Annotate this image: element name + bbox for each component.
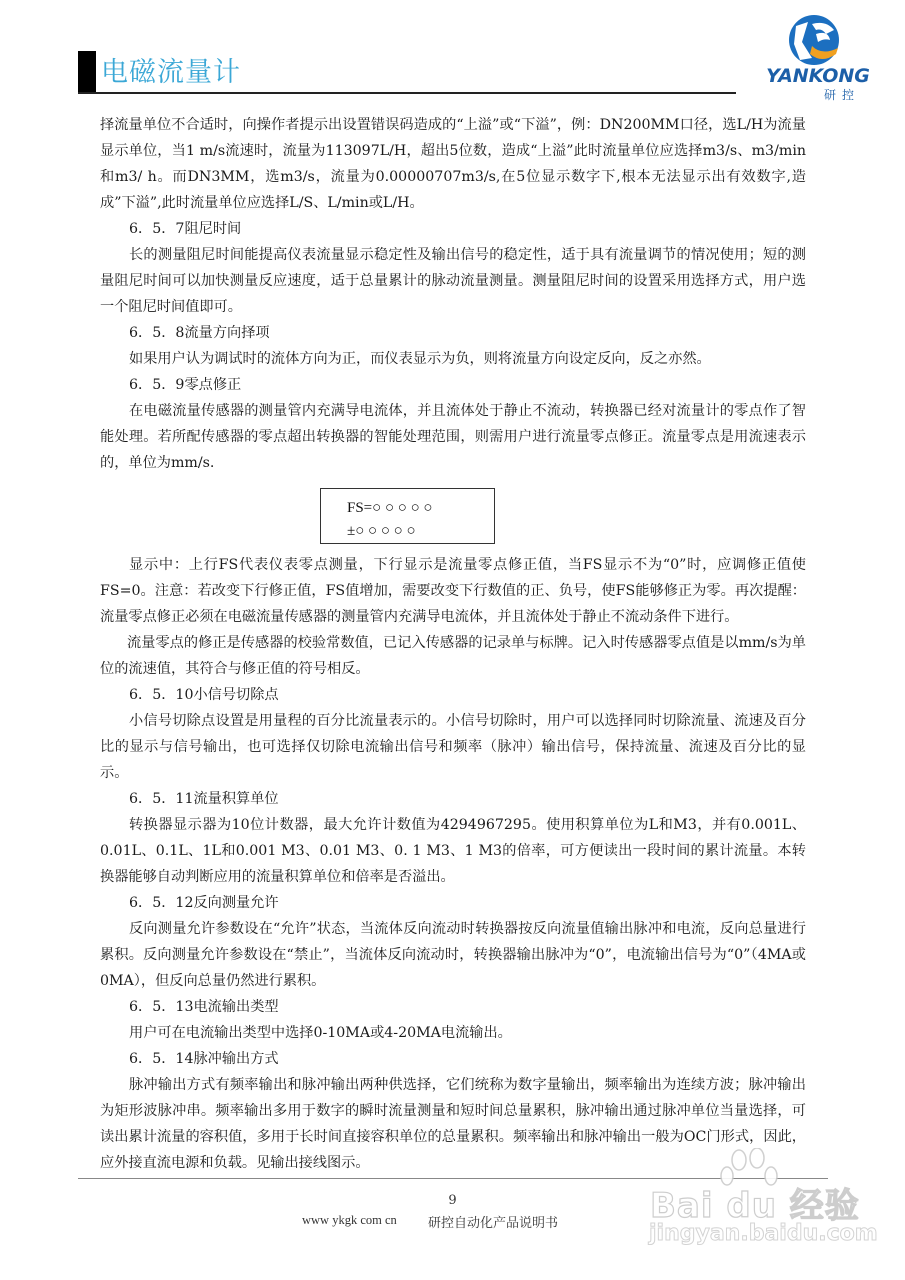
fs-display-diagram: FS=○ ○ ○ ○ ○ ±○ ○ ○ ○ ○ [320, 488, 495, 544]
section-heading-6-5-10: 6．5．10小信号切除点 [100, 682, 806, 708]
footer-website: www ykgk com cn [302, 1213, 397, 1228]
paragraph-damping-time: 长的测量阻尼时间能提高仪表流量显示稳定性及输出信号的稳定性，适于具有流量调节的情… [100, 242, 806, 320]
paragraph-totalizer-unit: 转换器显示器为10位计数器，最大允许计数值为4294967295。使用积算单位为… [100, 812, 806, 890]
header-accent-bar [78, 51, 96, 94]
yankong-logo-icon [778, 12, 848, 68]
paragraph-zero-calibration: 流量零点的修正是传感器的校验常数值，已记入传感器的记录单与标牌。记入时传感器零点… [100, 630, 806, 682]
section-heading-6-5-14: 6．5．14脉冲输出方式 [100, 1046, 806, 1072]
paragraph-flow-direction: 如果用户认为调试时的流体方向为正，而仪表显示为负，则将流量方向设定反向，反之亦然… [100, 346, 806, 372]
footer-document-title: 研控自动化产品说明书 [428, 1212, 558, 1231]
watermark-url: jingyan.baidu.com [649, 1221, 878, 1246]
logo-chinese-name: 研控 [824, 86, 860, 103]
company-logo: YANKONG 研控 [748, 12, 888, 98]
section-heading-6-5-9: 6．5．9零点修正 [100, 372, 806, 398]
section-heading-6-5-8: 6．5．8流量方向择项 [100, 320, 806, 346]
paragraph-small-signal-cutoff: 小信号切除点设置是用量程的百分比流量表示的。小信号切除时，用户可以选择同时切除流… [100, 708, 806, 786]
document-title: 电磁流量计 [101, 56, 241, 90]
document-body: 择流量单位不合适时，向操作者提示出设置错误码造成的“上溢”或“下溢”，例：DN2… [100, 112, 806, 1176]
paragraph-current-output-type: 用户可在电流输出类型中选择0-10MA或4-20MA电流输出。 [100, 1020, 806, 1046]
fs-display-line-2: ±○ ○ ○ ○ ○ [347, 518, 416, 544]
header-divider [78, 92, 736, 94]
paragraph-display-explanation: 显示中：上行FS代表仪表零点测量，下行显示是流量零点修正值，当FS显示不为“0”… [100, 552, 806, 630]
baidu-jingyan-watermark: Bai du 经验 jingyan.baidu.com [645, 1148, 865, 1258]
watermark-brand: Bai du 经验 [650, 1178, 860, 1227]
paragraph-reverse-measurement: 反向测量允许参数设在“允许”状态，当流体反向流动时转换器按反向流量值输出脉冲和电… [100, 916, 806, 994]
section-heading-6-5-11: 6．5．11流量积算单位 [100, 786, 806, 812]
paragraph-zero-correction: 在电磁流量传感器的测量管内充满导电流体，并且流体处于静止不流动，转换器已经对流量… [100, 398, 806, 476]
section-heading-6-5-13: 6．5．13电流输出类型 [100, 994, 806, 1020]
section-heading-6-5-7: 6．5．7阻尼时间 [100, 216, 806, 242]
paragraph-overflow-continued: 择流量单位不合适时，向操作者提示出设置错误码造成的“上溢”或“下溢”，例：DN2… [100, 112, 806, 216]
logo-wordmark: YANKONG [748, 65, 888, 87]
section-heading-6-5-12: 6．5．12反向测量允许 [100, 890, 806, 916]
